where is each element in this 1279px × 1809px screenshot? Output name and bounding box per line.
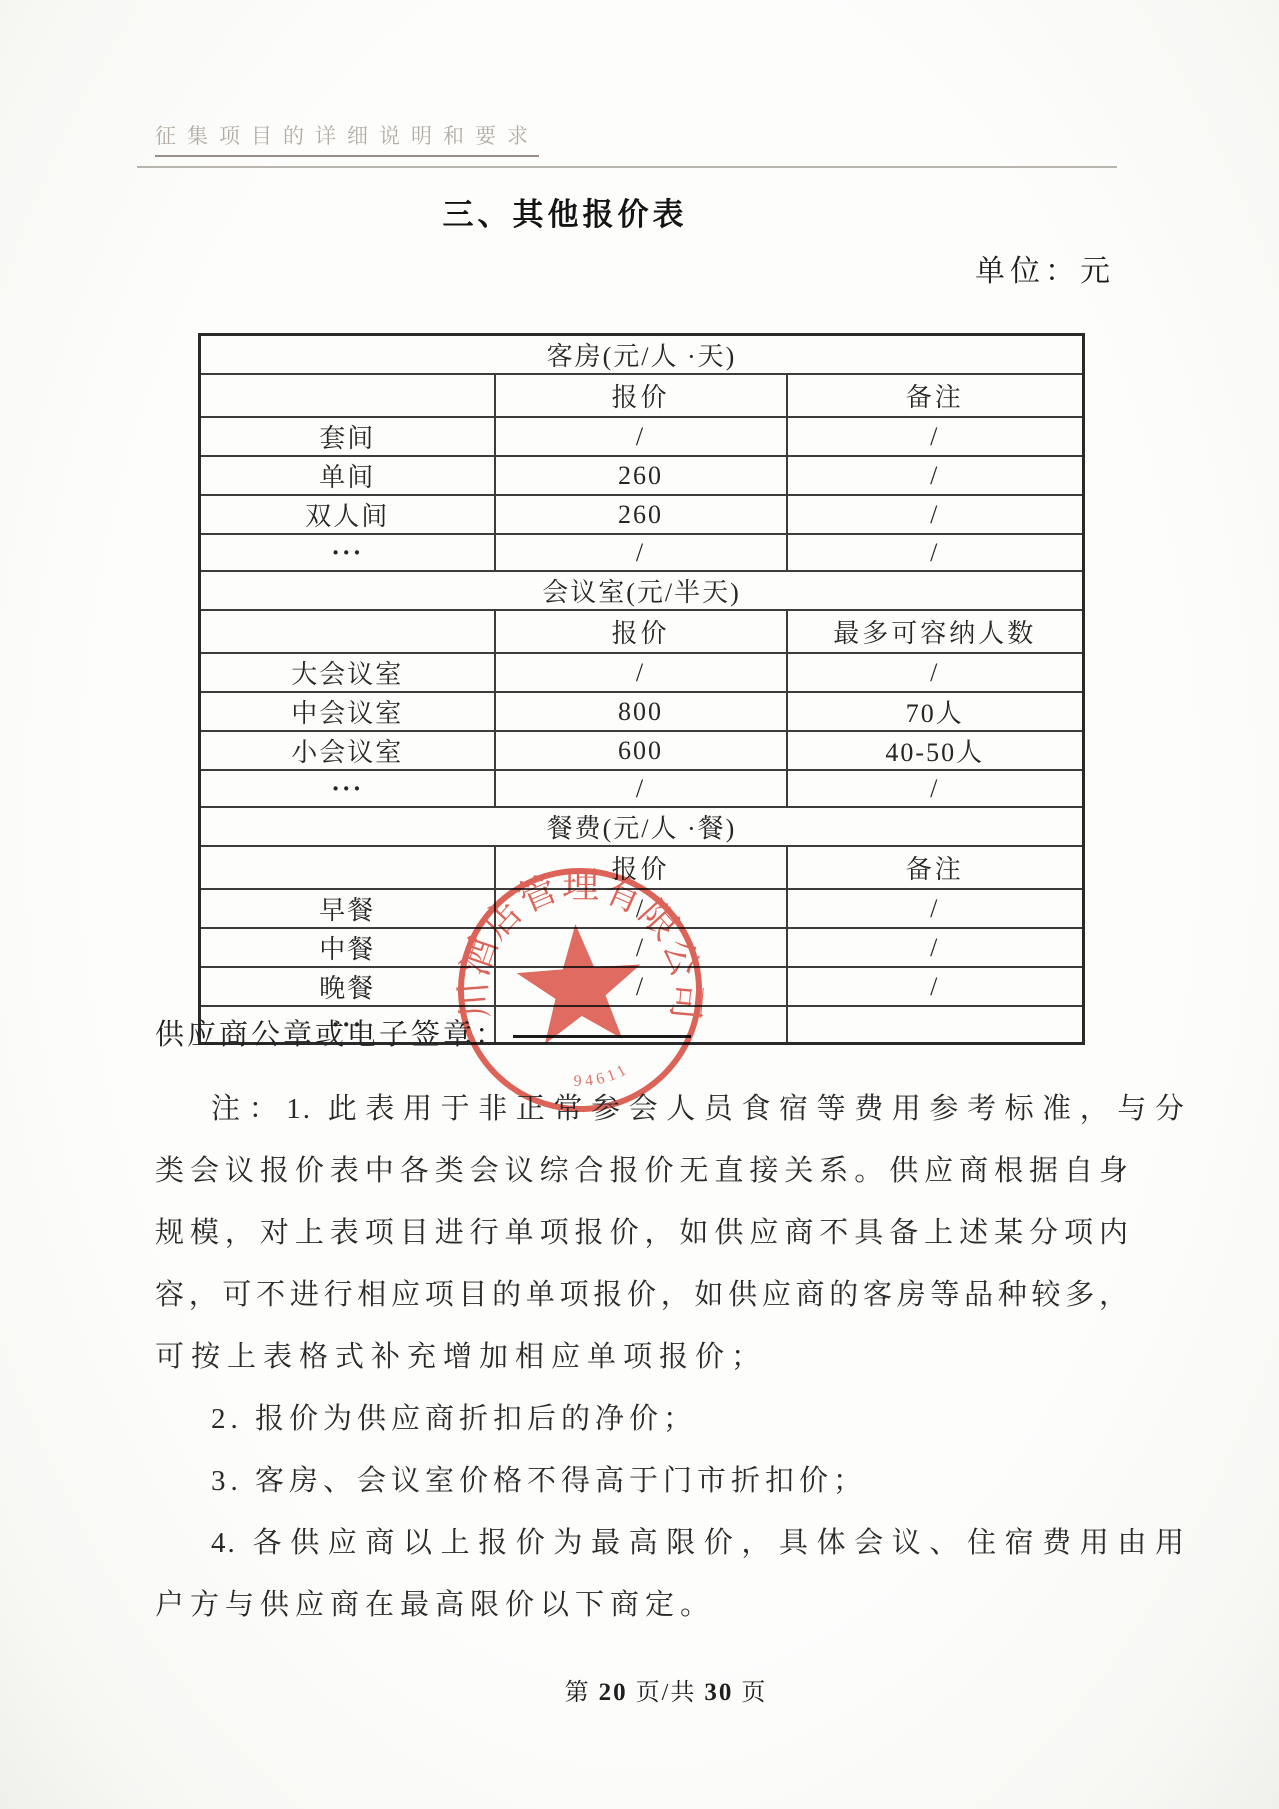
quote-cell: /: [495, 417, 787, 456]
column-header-row: 报价 备注: [200, 846, 1084, 889]
row-label: 中会议室: [200, 692, 495, 731]
footer-suffix: 页: [741, 1680, 767, 1706]
row-label: 晚餐: [200, 967, 495, 1006]
table-row: 中会议室 800 70人: [200, 692, 1084, 731]
row-label: 双人间: [200, 495, 495, 534]
row-label: 小会议室: [200, 731, 495, 770]
quote-cell: 260: [495, 495, 787, 534]
header-rule: [137, 166, 1117, 168]
row-label: 套间: [200, 417, 495, 456]
empty-cell: [200, 610, 495, 653]
remark-cell: /: [787, 889, 1084, 928]
table-row: 早餐 / /: [200, 889, 1084, 928]
col-header-capacity: 最多可容纳人数: [787, 610, 1084, 653]
col-header-quote: 报价: [495, 374, 787, 417]
page-footer: 第 20 页/共 30 页: [0, 1672, 1279, 1707]
signature-label: 供应商公章或电子签章：: [155, 1019, 507, 1051]
table-row: 晚餐 / /: [200, 967, 1084, 1006]
section-title: 客房(元/人 ·天): [200, 335, 1084, 375]
quote-cell: 800: [495, 692, 787, 731]
note-item-4-line-2: 户方与供应商在最高限价以下商定。: [155, 1582, 1130, 1623]
note-line: 可按上表格式补充增加相应单项报价；: [155, 1334, 1130, 1375]
quote-cell: 600: [495, 731, 787, 770]
table-row: 小会议室 600 40-50人: [200, 731, 1084, 770]
row-label: 大会议室: [200, 653, 495, 692]
remark-cell: /: [787, 967, 1084, 1006]
quote-cell: /: [495, 928, 787, 967]
table-row: 中餐 / /: [200, 928, 1084, 967]
table-row: ··· / /: [200, 534, 1084, 571]
footer-prefix: 第: [565, 1680, 591, 1706]
footer-page-number: 20: [599, 1679, 628, 1706]
quote-cell: /: [495, 967, 787, 1006]
remark-cell: /: [787, 928, 1084, 967]
note-line: 注：1. 此表用于非正常参会人员食宿等费用参考标准，与分: [155, 1086, 1186, 1127]
remark-cell: /: [787, 534, 1084, 571]
capacity-cell: 70人: [787, 692, 1084, 731]
remark-cell: [787, 1006, 1084, 1044]
section-header-meeting-rooms: 会议室(元/半天): [200, 571, 1084, 610]
row-label: 中餐: [200, 928, 495, 967]
note-item-2: 2. 报价为供应商折扣后的净价；: [155, 1396, 1186, 1437]
remark-cell: /: [787, 456, 1084, 495]
footer-mid: 页/共: [636, 1680, 697, 1706]
page-title: 三、其他报价表: [0, 189, 1130, 234]
col-header-quote: 报价: [495, 610, 787, 653]
row-label: ···: [200, 770, 495, 807]
table-row: ··· / /: [200, 770, 1084, 807]
column-header-row: 报价 最多可容纳人数: [200, 610, 1084, 653]
section-header-rooms: 客房(元/人 ·天): [200, 335, 1084, 375]
scanned-document-page: 征集项目的详细说明和要求 三、其他报价表 单位：元 客房(元/人 ·天) 报价 …: [0, 0, 1279, 1809]
note-item-3: 3. 客房、会议室价格不得高于门市折扣价；: [155, 1458, 1186, 1499]
empty-cell: [200, 374, 495, 417]
quote-cell: /: [495, 770, 787, 807]
col-header-remark: 备注: [787, 374, 1084, 417]
row-label: 早餐: [200, 889, 495, 928]
capacity-cell: /: [787, 770, 1084, 807]
row-label: ···: [200, 534, 495, 571]
column-header-row: 报价 备注: [200, 374, 1084, 417]
unit-label: 单位：元: [975, 246, 1115, 290]
table-row: 大会议室 / /: [200, 653, 1084, 692]
note-line: 容，可不进行相应项目的单项报价，如供应商的客房等品种较多，: [155, 1272, 1130, 1313]
signature-blank-line: [513, 1035, 691, 1038]
running-header: 征集项目的详细说明和要求: [155, 120, 539, 157]
quote-cell: /: [495, 653, 787, 692]
note-item-4-line-1: 4. 各供应商以上报价为最高限价，具体会议、住宿费用由用: [155, 1520, 1186, 1561]
note-line: 类会议报价表中各类会议综合报价无直接关系。供应商根据自身: [155, 1148, 1130, 1189]
capacity-cell: 40-50人: [787, 731, 1084, 770]
capacity-cell: /: [787, 653, 1084, 692]
signature-line: 供应商公章或电子签章：: [155, 1012, 691, 1053]
table-row: 单间 260 /: [200, 456, 1084, 495]
section-title: 会议室(元/半天): [200, 571, 1084, 610]
quotation-table: 客房(元/人 ·天) 报价 备注 套间 / / 单间 260 / 双人间 260…: [198, 333, 1085, 1045]
col-header-quote: 报价: [495, 846, 787, 889]
section-title: 餐费(元/人 ·餐): [200, 807, 1084, 846]
note-line: 规模，对上表项目进行单项报价，如供应商不具备上述某分项内: [155, 1210, 1130, 1251]
remark-cell: /: [787, 495, 1084, 534]
table-row: 套间 / /: [200, 417, 1084, 456]
row-label: 单间: [200, 456, 495, 495]
empty-cell: [200, 846, 495, 889]
table-row: 双人间 260 /: [200, 495, 1084, 534]
remark-cell: /: [787, 417, 1084, 456]
quote-cell: 260: [495, 456, 787, 495]
col-header-remark: 备注: [787, 846, 1084, 889]
section-header-meals: 餐费(元/人 ·餐): [200, 807, 1084, 846]
quote-cell: /: [495, 534, 787, 571]
footer-total-pages: 30: [704, 1679, 733, 1706]
quote-cell: /: [495, 889, 787, 928]
